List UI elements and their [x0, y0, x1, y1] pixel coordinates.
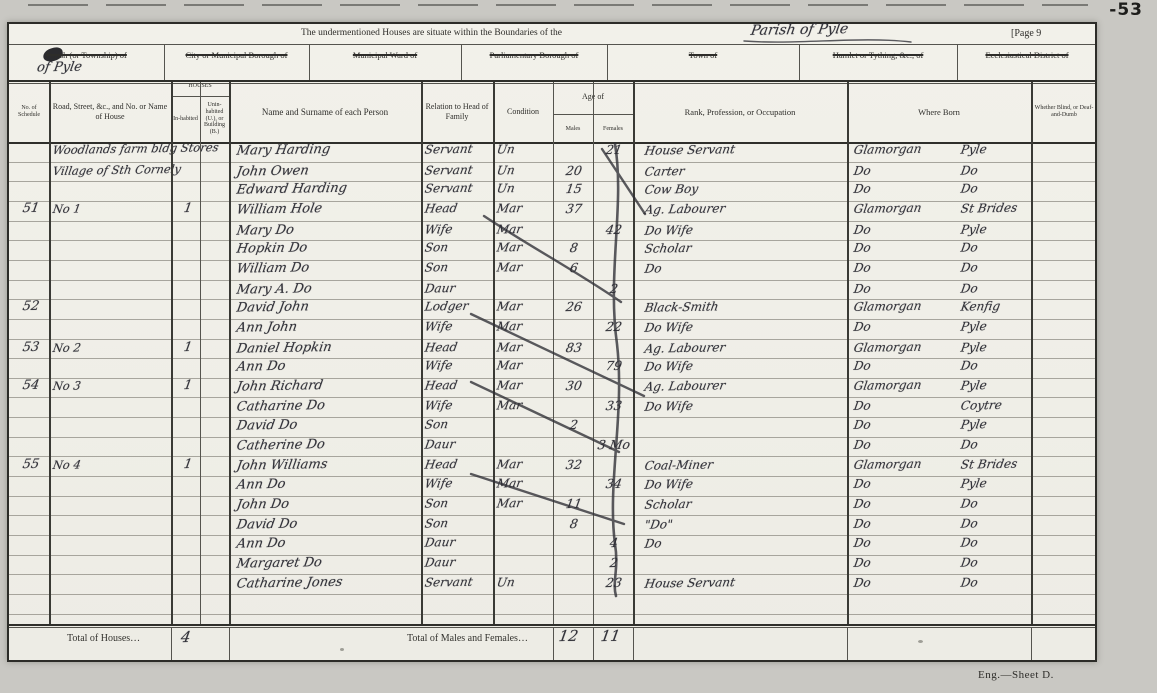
cell-relation: Servant [424, 575, 492, 590]
cell-name: Ann Do [236, 533, 425, 551]
cell-relation: Son [424, 417, 492, 432]
cell-name: Ann John [236, 317, 425, 335]
total-houses-value: 4 [180, 628, 192, 646]
cell-address: No 1 [52, 200, 173, 216]
cell-relation: Servant [424, 162, 492, 177]
rule-line [633, 82, 635, 624]
district-cell: Hamlet or Tything, &c., of [799, 44, 957, 80]
rule-line [553, 82, 554, 624]
cell-condition: Mar [496, 457, 552, 472]
cell-relation: Servant [424, 181, 492, 196]
col-header-name: Name and Surname of each Person [229, 82, 421, 142]
cell-name: Edward Harding [236, 180, 425, 198]
cell-born-place: Coytre [960, 398, 1034, 413]
cell-age-m: 37 [556, 201, 592, 217]
cell-born-county: Glamorgan [853, 298, 956, 314]
rule-line [49, 82, 51, 624]
cell-name: Margaret Do [236, 553, 425, 571]
col-header-born: Where Born [847, 82, 1031, 142]
cell-born-place: St Brides [960, 200, 1034, 215]
cell-born-place: Pyle [960, 339, 1034, 354]
cell-age-m: 30 [556, 378, 592, 394]
cell-relation: Daur [424, 280, 492, 295]
cell-age-m: 6 [556, 260, 592, 276]
district-cell: Town of [607, 44, 799, 80]
cell-born-county: Do [853, 280, 956, 296]
col-header-condition: Condition [493, 82, 553, 142]
cell-schedule: 53 [12, 339, 50, 355]
cell-address: No 2 [52, 338, 173, 354]
col-header-females: Females [593, 116, 633, 142]
cell-born-place: Do [960, 259, 1034, 274]
cell-age-m: 11 [556, 495, 592, 511]
total-persons-label: Total of Males and Females… [407, 633, 528, 644]
district-cell: Municipal Ward of [309, 44, 461, 80]
sheet-imprint: Eng.—Sheet D. [978, 669, 1054, 681]
cell-condition: Mar [496, 299, 552, 314]
cell-age-f: 2 [596, 280, 632, 296]
census-page: The undermentioned Houses are situate wi… [7, 22, 1097, 662]
cell-born-county: Do [853, 436, 956, 452]
district-cell: City or Municipal Borough of [164, 44, 309, 80]
cell-born-county: Do [853, 475, 956, 491]
cell-name: John Owen [236, 161, 425, 179]
col-header-uninhabited: Unin-habited (U.), or Building (B.) [200, 96, 229, 142]
cell-name: David Do [236, 415, 425, 433]
cell-relation: Head [424, 200, 492, 215]
cell-address: No 3 [52, 377, 173, 393]
rule-line [200, 82, 201, 624]
cell-condition: Mar [496, 476, 552, 491]
cell-born-county: Do [853, 574, 956, 590]
cell-schedule: 55 [12, 457, 50, 473]
cell-born-place: Pyle [960, 416, 1034, 431]
rule-line [593, 114, 594, 624]
cell-name: David John [236, 298, 425, 316]
cell-inhabited: 1 [176, 201, 200, 216]
census-scan: -53 The undermentioned Houses are situat… [0, 0, 1157, 693]
cell-name: David Do [236, 515, 425, 533]
cell-relation: Wife [424, 318, 492, 333]
cell-born-place: Do [960, 240, 1034, 255]
rule-line [593, 627, 594, 660]
rule-line [847, 627, 848, 660]
cell-relation: Wife [424, 475, 492, 490]
cell-relation: Daur [424, 534, 492, 549]
cell-name: Daniel Hopkin [236, 338, 425, 356]
cell-address: No 4 [52, 456, 173, 472]
cell-occupation: Do Wife [644, 220, 845, 237]
cell-age-m: 8 [556, 240, 592, 256]
scan-edge-artifact [28, 4, 1088, 6]
cell-name: John Do [236, 494, 425, 512]
col-header-schedule: No. of Schedule [9, 82, 49, 142]
cell-age-f: 4 [596, 535, 632, 551]
cell-name: Catharine Jones [236, 574, 425, 592]
cell-age-m: 8 [556, 516, 592, 532]
cell-condition: Mar [496, 318, 552, 333]
cell-born-place: Pyle [960, 377, 1034, 392]
col-header-road: Road, Street, &c., and No. or Name of Ho… [49, 82, 171, 142]
cell-condition: Mar [496, 240, 552, 255]
cell-age-f: 33 [596, 398, 632, 414]
cell-born-place: Pyle [960, 221, 1034, 236]
cell-born-place: Do [960, 436, 1034, 451]
cell-born-place: Do [960, 534, 1034, 549]
boundary-handwritten: Parish of Pyle [750, 21, 850, 39]
cell-born-county: Do [853, 162, 956, 178]
rule-line [9, 624, 1095, 626]
cell-name: Catharine Do [236, 397, 425, 415]
cell-age-f: 2 [596, 554, 632, 570]
cell-condition: Mar [496, 398, 552, 413]
cell-age-f: 22 [596, 319, 632, 335]
cell-condition: Mar [496, 259, 552, 274]
cell-condition: Mar [496, 339, 552, 354]
cell-born-place: Do [960, 162, 1034, 177]
cell-relation: Head [424, 457, 492, 472]
cell-relation: Son [424, 259, 492, 274]
district-cell: Parliamentary Borough of [461, 44, 607, 80]
title-row: The undermentioned Houses are situate wi… [9, 24, 1095, 44]
cell-schedule: 51 [12, 201, 50, 217]
cell-age-m: 2 [556, 417, 592, 433]
cell-occupation: Ag. Labourer [644, 338, 845, 355]
cell-name: William Do [236, 258, 425, 276]
cell-relation: Lodger [424, 299, 492, 314]
cell-born-county: Do [853, 357, 956, 373]
rule-line [553, 627, 554, 660]
cell-born-county: Glamorgan [853, 377, 956, 393]
cell-born-place: Do [960, 358, 1034, 373]
cell-born-county: Do [853, 239, 956, 255]
cell-born-county: Glamorgan [853, 457, 956, 473]
cell-born-place: Kenfig [960, 299, 1034, 314]
cell-occupation: "Do" [644, 515, 845, 532]
cell-name: Ann Do [236, 474, 425, 492]
rule-line [309, 44, 310, 80]
cell-born-place: Do [960, 516, 1034, 531]
cell-age-m: 32 [556, 457, 592, 473]
rule-line [633, 627, 634, 660]
rule-line [171, 627, 172, 660]
cell-age-m: 15 [556, 181, 592, 197]
cell-born-place: Do [960, 554, 1034, 569]
cell-age-f: 34 [596, 476, 632, 492]
cell-age-m: 26 [556, 299, 592, 315]
cell-born-county: Do [853, 398, 956, 414]
cell-age-f: 3 Mo [596, 436, 632, 452]
col-header-inhabited: In-habited [171, 96, 200, 142]
rule-line [9, 44, 1095, 45]
rule-line [847, 82, 849, 624]
cell-born-place: Pyle [960, 475, 1034, 490]
cell-born-county: Do [853, 416, 956, 432]
cell-born-place: Do [960, 575, 1034, 590]
cell-name: Mary A. Do [236, 279, 425, 297]
cell-born-county: Do [853, 534, 956, 550]
cell-relation: Daur [424, 554, 492, 569]
district-cell: Ecclesiastical District of [957, 44, 1097, 80]
cell-relation: Head [424, 339, 492, 354]
cell-born-county: Do [853, 221, 956, 237]
col-header-blind: Whether Blind, or Deaf-and-Dumb [1031, 82, 1097, 142]
cell-occupation: House Servant [644, 574, 845, 591]
cell-name: John Williams [236, 456, 425, 474]
district-handwritten: of Pyle [36, 60, 83, 77]
cell-relation: Daur [424, 436, 492, 451]
scan-speck [918, 640, 923, 643]
cell-born-county: Glamorgan [853, 200, 956, 216]
cell-name: Ann Do [236, 357, 425, 375]
cell-age-f: 42 [596, 221, 632, 237]
cell-age-f: 21 [596, 142, 632, 158]
cell-relation: Son [424, 516, 492, 531]
cell-born-county: Do [853, 259, 956, 275]
rule-line [421, 82, 423, 624]
cell-relation: Son [424, 495, 492, 510]
cell-condition: Un [496, 181, 552, 196]
scan-speck [340, 648, 344, 651]
cell-name: John Richard [236, 376, 425, 394]
cell-born-county: Do [853, 515, 956, 531]
cell-born-place: St Brides [960, 457, 1034, 472]
cell-name: Hopkin Do [236, 239, 425, 257]
cell-name: William Hole [236, 199, 425, 217]
rule-line [229, 627, 230, 660]
cell-inhabited: 1 [176, 378, 200, 393]
rule-line [799, 44, 800, 80]
cell-born-place: Do [960, 495, 1034, 510]
cell-relation: Wife [424, 358, 492, 373]
cell-age-f: 23 [596, 575, 632, 591]
cell-relation: Wife [424, 398, 492, 413]
cell-inhabited: 1 [176, 457, 200, 472]
cell-condition: Un [496, 575, 552, 590]
rule-line [461, 44, 462, 80]
cell-condition: Mar [496, 358, 552, 373]
cell-born-county: Do [853, 318, 956, 334]
cell-age-m: 20 [556, 162, 592, 178]
cell-occupation: Coal-Miner [644, 456, 845, 473]
cell-condition: Mar [496, 377, 552, 392]
rule-line [1031, 82, 1033, 624]
cell-born-county: Do [853, 554, 956, 570]
cell-name: Mary Do [236, 220, 425, 238]
col-header-males: Males [553, 116, 593, 142]
cell-address: Village of Sth Cornely [52, 162, 173, 178]
cell-born-place: Pyle [960, 318, 1034, 333]
page-number-label: [Page 9 [1011, 28, 1041, 39]
rule-line [607, 44, 608, 80]
cell-condition: Mar [496, 221, 552, 236]
cell-born-place: Do [960, 280, 1034, 295]
cell-born-place: Do [960, 181, 1034, 196]
boundary-statement: The undermentioned Houses are situate wi… [301, 28, 562, 38]
col-header-relation: Relation to Head of Family [421, 82, 493, 142]
rule-line [164, 44, 165, 80]
cell-condition: Mar [496, 200, 552, 215]
district-cell: Parish (or Township) ofof Pyle [9, 44, 164, 80]
cell-born-county: Do [853, 495, 956, 511]
cell-occupation: Do Wife [644, 397, 845, 414]
cell-age-m: 83 [556, 339, 592, 355]
cell-schedule: 54 [12, 377, 50, 393]
cell-relation: Wife [424, 221, 492, 236]
cell-schedule: 52 [12, 299, 50, 315]
total-females-value: 11 [600, 627, 622, 645]
cell-relation: Head [424, 377, 492, 392]
cell-born-county: Do [853, 180, 956, 196]
rule-line [229, 82, 231, 624]
total-males-value: 12 [558, 627, 580, 645]
cell-age-f: 79 [596, 358, 632, 374]
cell-occupation: Carter [644, 161, 845, 178]
cell-name: Catherine Do [236, 435, 425, 453]
total-houses-label: Total of Houses… [67, 633, 140, 644]
cell-born-county: Glamorgan [853, 339, 956, 355]
col-header-rank: Rank, Profession, or Occupation [633, 82, 847, 142]
rule-line [1031, 627, 1032, 660]
cell-inhabited: 1 [176, 339, 200, 354]
rule-line [957, 44, 958, 80]
rule-line [493, 82, 495, 624]
cell-condition: Un [496, 162, 552, 177]
rule-line [171, 82, 173, 624]
cell-condition: Mar [496, 495, 552, 510]
cell-relation: Son [424, 240, 492, 255]
folio-number: -53 [1109, 0, 1143, 20]
